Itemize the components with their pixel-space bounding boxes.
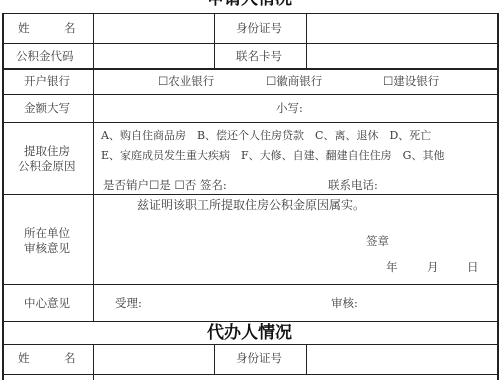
- date-day: 日: [467, 262, 479, 274]
- amount-lower-label: 小写:: [276, 103, 303, 115]
- amount-lower-field[interactable]: [310, 95, 497, 122]
- bank-option-agricultural[interactable]: ☐农业银行: [158, 76, 214, 88]
- agent-id-field[interactable]: [307, 345, 497, 374]
- reason-options-line2: E、家庭成员发生重大疾病 F、大修、自建、翻建自住住房 G、其他: [101, 150, 444, 161]
- close-account-checkboxes[interactable]: 是否销户☐是 ☐否 签名:: [103, 180, 227, 192]
- name-field[interactable]: [94, 14, 214, 43]
- bank-option-huishang[interactable]: ☐徽商银行: [266, 76, 322, 88]
- id-number-label: 身份证号: [236, 23, 282, 35]
- contact-phone-label: 联系电话:: [328, 180, 378, 192]
- review-label: 审核:: [331, 298, 358, 310]
- unit-review-label-line2: 审核意见: [24, 243, 70, 255]
- agent-name-field[interactable]: [94, 345, 214, 374]
- amount-upper-field[interactable]: [94, 95, 274, 122]
- row-divider: [2, 374, 499, 375]
- reason-label-line1: 提取住房: [24, 146, 70, 158]
- bank-option-construction[interactable]: ☐建设银行: [383, 76, 439, 88]
- id-number-field[interactable]: [307, 14, 497, 43]
- card-number-field[interactable]: [307, 44, 497, 68]
- row-divider: [2, 122, 499, 123]
- card-number-label: 联名卡号: [236, 51, 282, 63]
- row-divider: [2, 284, 499, 285]
- name-label: 姓 名: [18, 23, 76, 35]
- accept-label: 受理:: [115, 298, 142, 310]
- fund-code-label: 公积金代码: [16, 51, 74, 63]
- fund-code-field[interactable]: [94, 44, 214, 68]
- unit-review-statement: 兹证明该职工所提取住房公积金原因属实。: [137, 199, 365, 211]
- reason-options-line1: A、购自住商品房 B、偿还个人住房贷款 C、离、退休 D、死亡: [101, 130, 431, 141]
- agent-name-label: 姓 名: [18, 353, 76, 365]
- row-divider: [2, 321, 499, 322]
- applicant-section-title: 申请人情况: [207, 0, 292, 8]
- unit-review-label-line1: 所在单位: [24, 228, 70, 240]
- row-divider: [2, 68, 499, 70]
- amount-upper-label: 金额大写: [24, 103, 70, 115]
- id-label-divider-left: [214, 13, 215, 68]
- date-month: 月: [427, 262, 439, 274]
- seal-label: 签章: [366, 236, 389, 248]
- row-divider: [2, 194, 499, 195]
- date-year: 年: [386, 262, 398, 274]
- bank-label: 开户银行: [24, 76, 70, 88]
- id-label-divider-left: [214, 344, 215, 374]
- agent-id-label: 身份证号: [236, 353, 282, 365]
- reason-label-line2: 公积金原因: [18, 161, 76, 173]
- agent-section-title: 代办人情况: [207, 325, 292, 342]
- center-opinion-label: 中心意见: [24, 298, 70, 310]
